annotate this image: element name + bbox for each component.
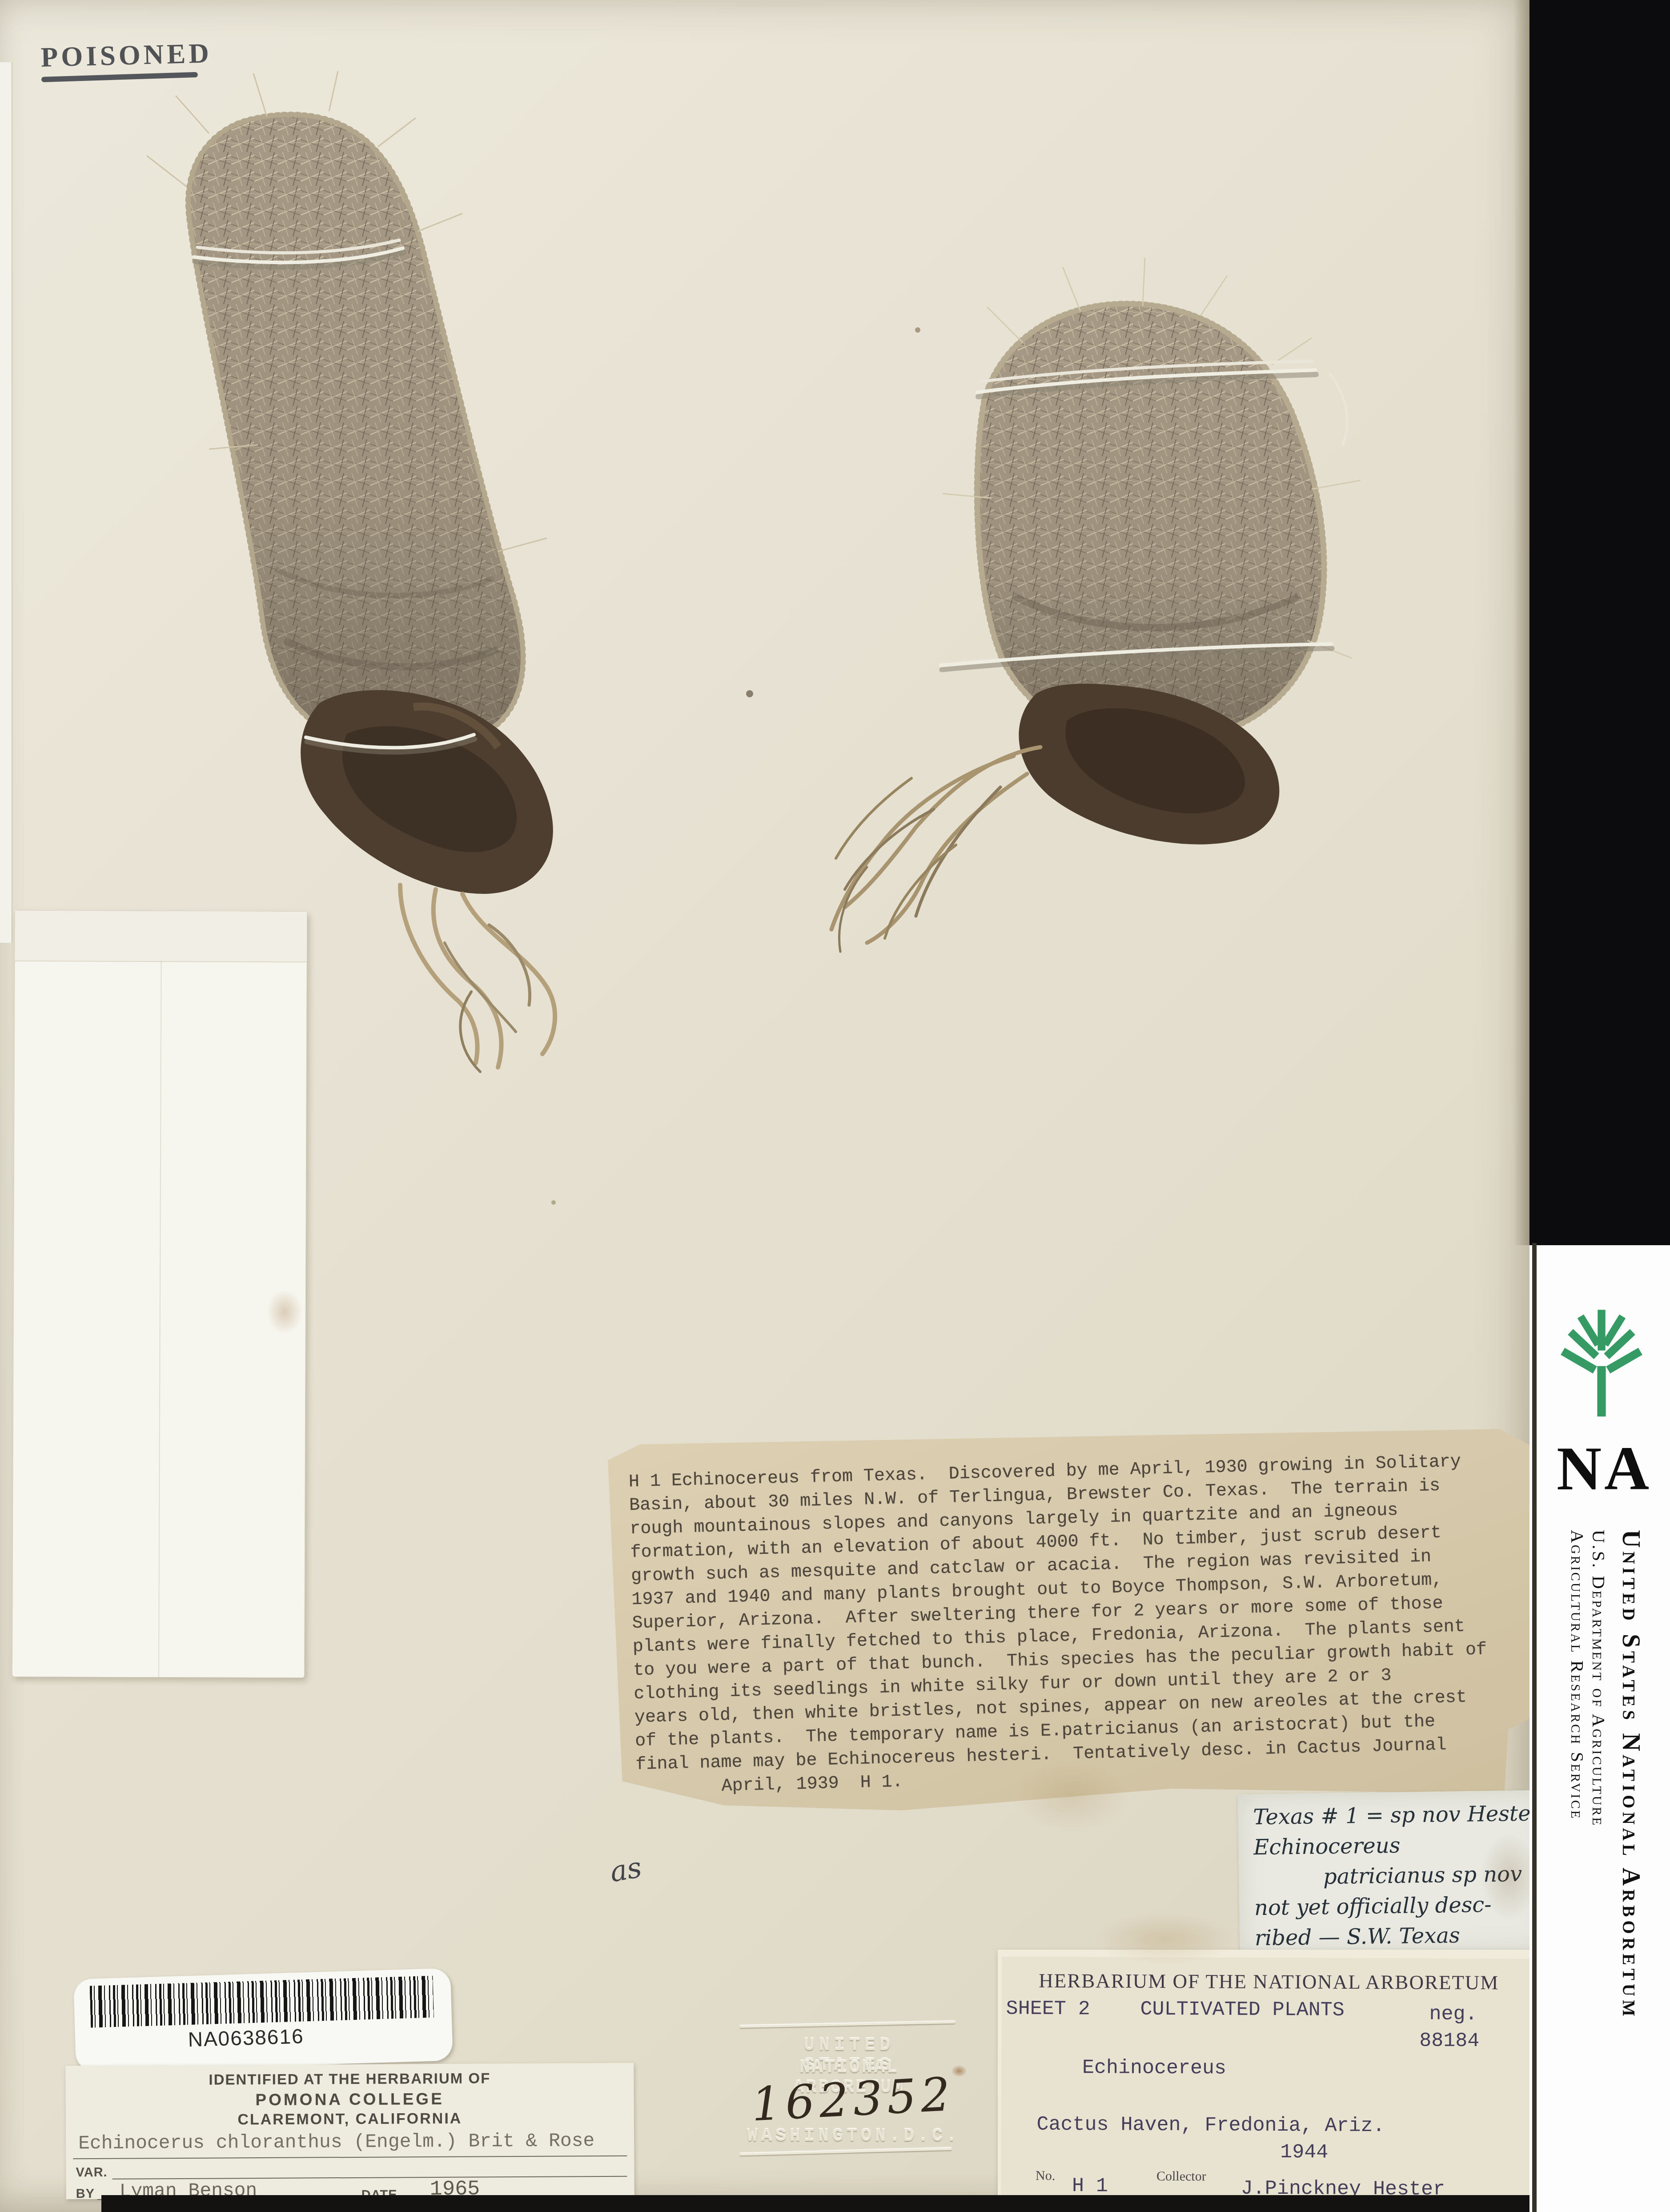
herbarium-label: HERBARIUM OF THE NATIONAL ARBORETUM SHEE… xyxy=(1001,1956,1536,2199)
stain xyxy=(951,2065,967,2077)
handwritten-line: Texas # 1 = sp nov Hester xyxy=(1237,1790,1545,1833)
var-line xyxy=(112,2176,627,2180)
pomona-header-1: IDENTIFIED AT THE HERBARIUM OF xyxy=(65,2069,634,2089)
herbarium-sheet-scan: POISONED xyxy=(0,0,1670,2212)
barcode-label: NA0638616 xyxy=(73,1968,453,2071)
locality-text: Cactus Haven, Fredonia, Ariz. xyxy=(1036,2113,1385,2137)
roots-right xyxy=(831,747,1040,952)
collection-number: H 1 xyxy=(1072,2175,1108,2197)
category-text: CULTIVATED PLANTS xyxy=(1140,1998,1345,2022)
genus-text: Echinocereus xyxy=(1082,2056,1226,2079)
arboretum-tree-icon xyxy=(1559,1303,1644,1421)
na-service-line: Agricultural Research Service xyxy=(1567,1530,1588,1957)
pomona-determination-label: IDENTIFIED AT THE HERBARIUM OF POMONA CO… xyxy=(65,2063,634,2200)
herbarium-title: HERBARIUM OF THE NATIONAL ARBORETUM xyxy=(1002,1969,1536,1994)
stain xyxy=(1094,1912,1236,1966)
pomona-header-2: POMONA COLLEGE xyxy=(66,2089,634,2111)
emboss-washington-dc: WASHINGTON.D.C. xyxy=(747,2127,951,2147)
handwritten-initials: as xyxy=(607,1851,644,1889)
sheet-edge-line xyxy=(1532,1243,1537,2212)
na-title-line: United States National Arboretum xyxy=(1617,1530,1645,2179)
pomona-header-3: CLAREMONT, CALIFORNIA xyxy=(66,2109,634,2130)
handwritten-line: ribed — S.W. Texas xyxy=(1240,1919,1547,1954)
scan-background: L* a* b* L* a* b* 38.76 13.81 14.6965.19… xyxy=(1529,0,1670,1245)
specimen-envelope xyxy=(12,910,307,1678)
na-department-line: U.S. Department of Agriculture xyxy=(1588,1530,1610,1975)
scan-backing-strip xyxy=(101,2195,1535,2212)
na-monogram: NA xyxy=(1555,1433,1653,1504)
envelope-crease xyxy=(158,961,162,1677)
neg-number: 88184 xyxy=(1419,2029,1479,2052)
debris-specks xyxy=(551,327,920,1205)
accession-number: 162352 xyxy=(750,2067,948,2132)
field-note-text: H 1 Echinocereus from Texas. Discovered … xyxy=(628,1448,1527,1800)
var-label: VAR. xyxy=(76,2165,107,2180)
by-label: BY xyxy=(76,2187,95,2201)
roots-left xyxy=(400,885,555,1072)
envelope-flap xyxy=(15,911,307,962)
sheet-paper: POISONED xyxy=(0,0,1535,2212)
stain xyxy=(267,1290,302,1334)
neg-label: neg. xyxy=(1429,2003,1477,2026)
specimen-right xyxy=(831,258,1361,952)
determination-text: Echinocerus chloranthus (Engelm.) Brit &… xyxy=(78,2130,594,2154)
sheet-number: SHEET 2 xyxy=(1006,1997,1090,2020)
stain xyxy=(1014,1761,1129,1832)
determination-underline xyxy=(73,2156,627,2160)
barcode-icon xyxy=(90,1976,434,2028)
year-text: 1944 xyxy=(1280,2141,1328,2164)
collector-label: Collector xyxy=(1156,2169,1206,2184)
no-label: No. xyxy=(1036,2168,1055,2184)
